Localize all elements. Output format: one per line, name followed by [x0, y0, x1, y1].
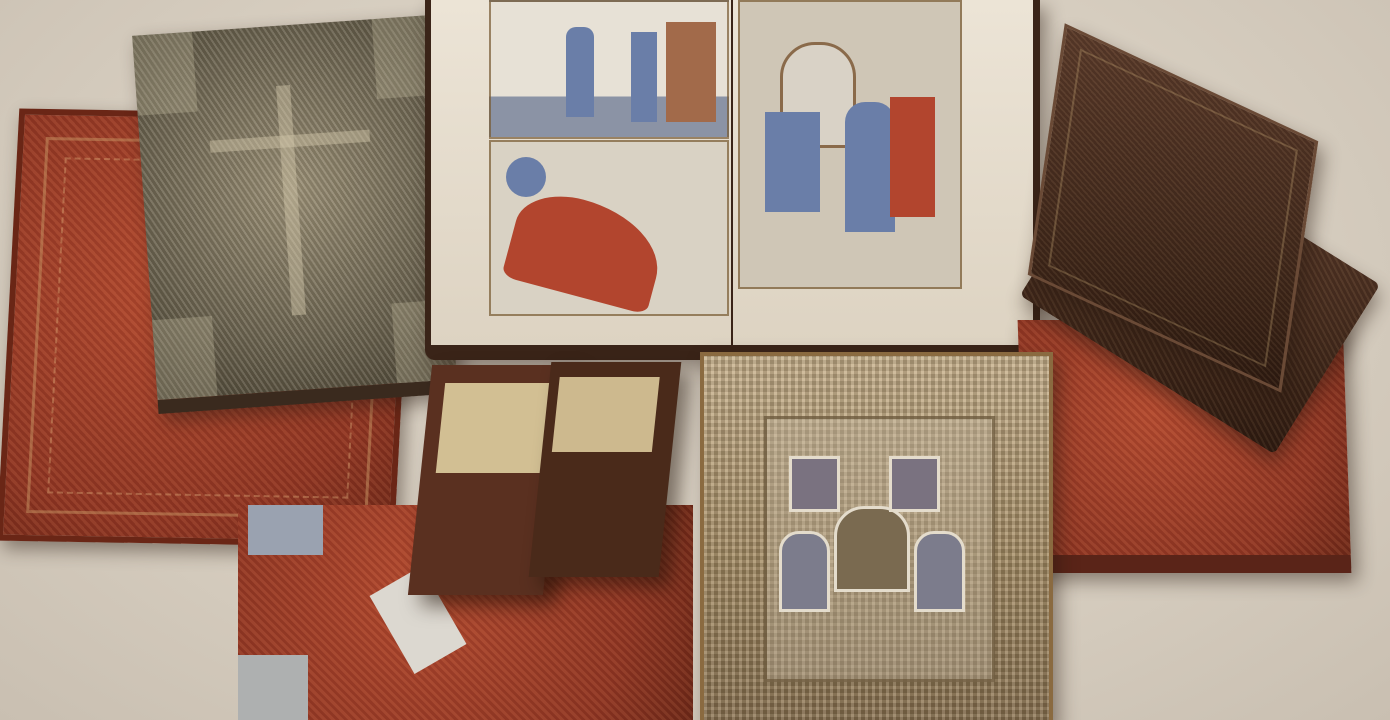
silver-corner-mount: [248, 505, 323, 555]
gilt-page-edge: [552, 377, 660, 452]
miniature-top-left: [489, 0, 729, 139]
icon-panel-upper-right: [889, 456, 940, 512]
gilt-page-edge: [436, 383, 550, 473]
icon-panel-right: [914, 531, 965, 612]
icon-panel-upper-left: [789, 456, 840, 512]
photo-scene: Collection of antique manuscript books w…: [0, 0, 1390, 720]
icon-panel-left: [779, 531, 830, 612]
left-page: [431, 0, 731, 345]
small-book-right: [529, 362, 682, 577]
crucifix-relief-icon: [276, 85, 306, 315]
silver-embossed-cover: [132, 15, 458, 414]
jeweled-gospel-cover: [700, 352, 1053, 720]
right-page: [733, 0, 1033, 345]
silver-corner-mount: [238, 655, 308, 720]
miniature-bottom-left: [489, 140, 729, 316]
open-illuminated-book: [425, 0, 1040, 360]
icon-panel-center: [834, 506, 910, 592]
miniature-right: [738, 0, 962, 289]
